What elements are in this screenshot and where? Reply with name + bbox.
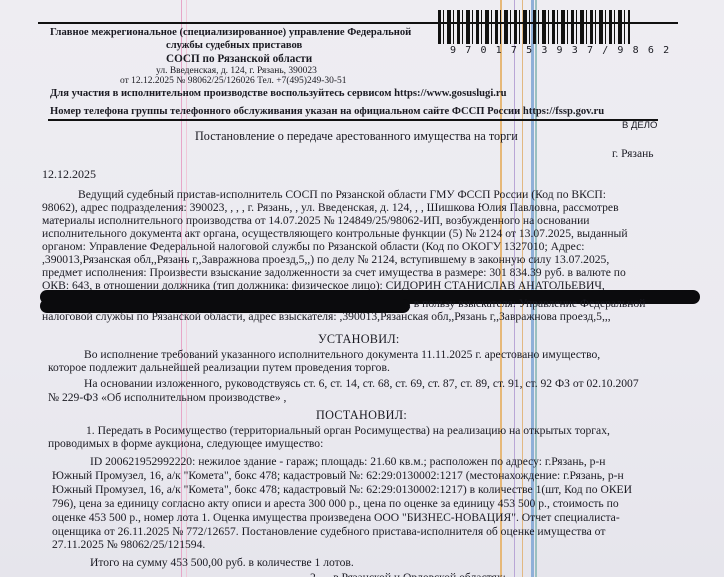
document-date: 12.12.2025 [42,167,96,182]
org-name-line3: СОСП по Рязанской области [166,53,312,65]
barcode [438,10,630,44]
established-line: Во исполнение требований указанного испо… [84,348,600,361]
basis-line: На основании изложенного, руководствуясь… [84,377,639,390]
org-address: ул. Введенская, д. 124, г. Рязань, 39002… [156,66,317,76]
document-title: Постановление о передаче арестованного и… [195,129,518,144]
creditor-line: , в пользу взыскателя: Управление Федера… [408,297,645,310]
document-ref: от 12.12.2025 № 98062/25/126026 Тел. +7(… [120,76,347,86]
established-line: которое подлежит дальнейшей реализации п… [48,361,390,374]
barcode-number: 9701753937/9862 [450,45,678,56]
intro-line: предмет исполнения: Произвести взыскание… [42,266,626,279]
intro-line: органом: Управление Федеральной налогово… [42,240,584,253]
intro-line: ,390013,Рязанская обл,,Рязань г,,Завражн… [42,253,609,266]
resolved-heading: ПОСТАНОВИЛ: [316,408,407,423]
document-city: г. Рязань [612,148,653,160]
phone-note: Номер телефона группы телефонного обслуж… [50,106,604,117]
org-name-line1: Главное межрегиональное (специализирован… [50,27,411,38]
total-line: Итого на сумму 453 500,00 руб. в количес… [90,556,354,569]
property-line: 27.11.2025 № 98062/25/121594. [52,538,205,551]
org-name-line2: службы судебных приставов [166,40,302,51]
established-heading: УСТАНОВИЛ: [318,332,400,347]
item1-line: проводимых в форме аукциона, следующее и… [48,437,323,450]
scanned-document-page: Главное межрегиональное (специализирован… [0,0,724,577]
gosuslugi-note: Для участия в исполнительном производств… [50,88,507,99]
item1-line: 1. Передать в Росимущество (территориаль… [86,424,610,437]
property-line: Южный Промузел, 16, а/к "Комета", бокс 4… [52,469,624,482]
property-line: 796), цена за единицу согласно акту опис… [52,497,619,510]
intro-line: 98062), адрес подразделения: 390023, , ,… [42,201,619,214]
property-line: Южный Промузел, 16, а/к "Комета", бокс 4… [52,483,632,496]
cutoff-line: 2. ... в Рязанской и Орловской областях; [310,571,506,577]
header-bottom-rule [48,119,658,121]
intro-line: материалы исполнительного производства о… [42,214,590,227]
property-line: оценке 453 500 р., номер лота 1. Оценка … [52,511,620,524]
property-line: оценщика от 26.11.2025 № 772/12657. Пост… [52,525,605,538]
creditor-line: налоговой службы по Рязанской области, а… [42,310,611,323]
intro-line: исполнительного документа акт органа, ос… [42,227,628,240]
basis-line: № 229-ФЗ «Об исполнительном производстве… [48,391,286,404]
property-line: ID 200621952992220: нежилое здание - гар… [90,455,605,468]
stamp-v-delo: В ДЕЛО [622,120,657,131]
intro-line: Ведущий судебный пристав-исполнитель СОС… [78,188,606,201]
